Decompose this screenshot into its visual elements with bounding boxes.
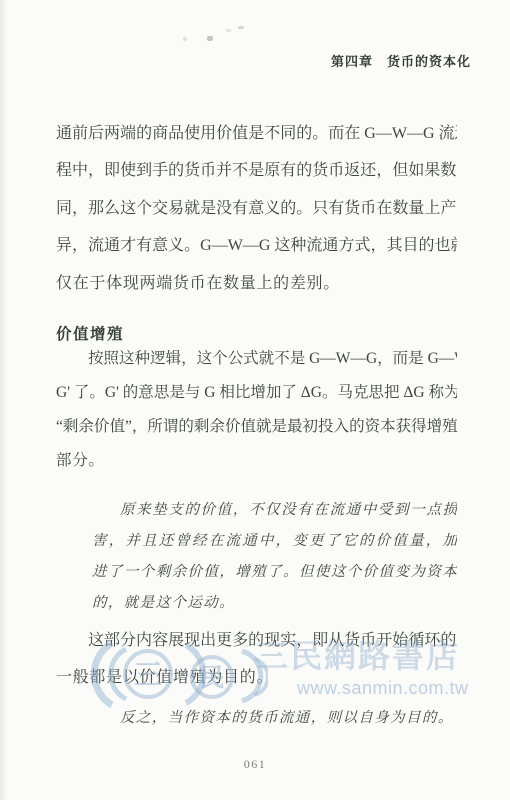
paragraph-1: 通前后两端的商品使用价值是不同的。而在 G—W—G 流通过程中，即使到手的货币并…: [56, 120, 457, 307]
scan-smudge: [238, 26, 244, 30]
book-page: 第四章 货币的资本化 通前后两端的商品使用价值是不同的。而在 G—W—G 流通过…: [0, 0, 510, 800]
text-line: G' 了。G' 的意思是与 G 相比增加了 ΔG。马克思把 ΔG 称为: [56, 380, 457, 414]
scan-smudge: [207, 36, 213, 41]
text-line: 反之，当作资本的货币流通，则以自身为目的。: [92, 706, 457, 737]
block-quote-1: 原来垫支的价值，不仅没有在流通中受到一点损害，并且还曾经在流通中，变更了它的价值…: [92, 498, 457, 622]
block-quote-2: 反之，当作资本的货币流通，则以自身为目的。: [92, 706, 457, 737]
text-line: 同，那么这个交易就是没有意义的。只有货币在数量上产生差: [56, 195, 457, 232]
text-line: 程中，即使到手的货币并不是原有的货币返还，但如果数量相: [56, 157, 457, 194]
text-line: 部分。: [56, 448, 457, 482]
scan-smudge: [226, 29, 232, 33]
text-line: “剩余价值”，所谓的剩余价值就是最初投入的资本获得增殖的: [56, 414, 457, 448]
text-line: 进了一个剩余价值，增殖了。但使这个价值变为资本: [92, 560, 457, 591]
page-number: 061: [0, 757, 510, 772]
text-line: 的，就是这个运动。: [92, 591, 457, 622]
text-line: 这部分内容展现出更多的现实，即从货币开始循环的资本: [56, 627, 457, 664]
paragraph-3: 这部分内容展现出更多的现实，即从货币开始循环的资本一般都是以价值增殖为目的。: [56, 627, 457, 701]
text-line: 通前后两端的商品使用价值是不同的。而在 G—W—G 流通过: [56, 120, 457, 157]
paragraph-2: 按照这种逻辑，这个公式就不是 G—W—G，而是 G—W—G' 了。G' 的意思是…: [56, 346, 457, 482]
text-line: 按照这种逻辑，这个公式就不是 G—W—G，而是 G—W—: [56, 346, 457, 380]
text-line: 仅在于体现两端货币在数量上的差别。: [56, 270, 457, 307]
section-heading: 价值增殖: [56, 327, 124, 343]
text-line: 原来垫支的价值，不仅没有在流通中受到一点损: [92, 498, 457, 529]
text-line: 害，并且还曾经在流通中，变更了它的价值量，加: [92, 529, 457, 560]
chapter-header: 第四章 货币的资本化: [331, 51, 471, 70]
text-line: 异，流通才有意义。G—W—G 这种流通方式，其目的也就仅: [56, 232, 457, 269]
scan-smudge: [183, 37, 187, 41]
text-line: 一般都是以价值增殖为目的。: [56, 664, 457, 701]
